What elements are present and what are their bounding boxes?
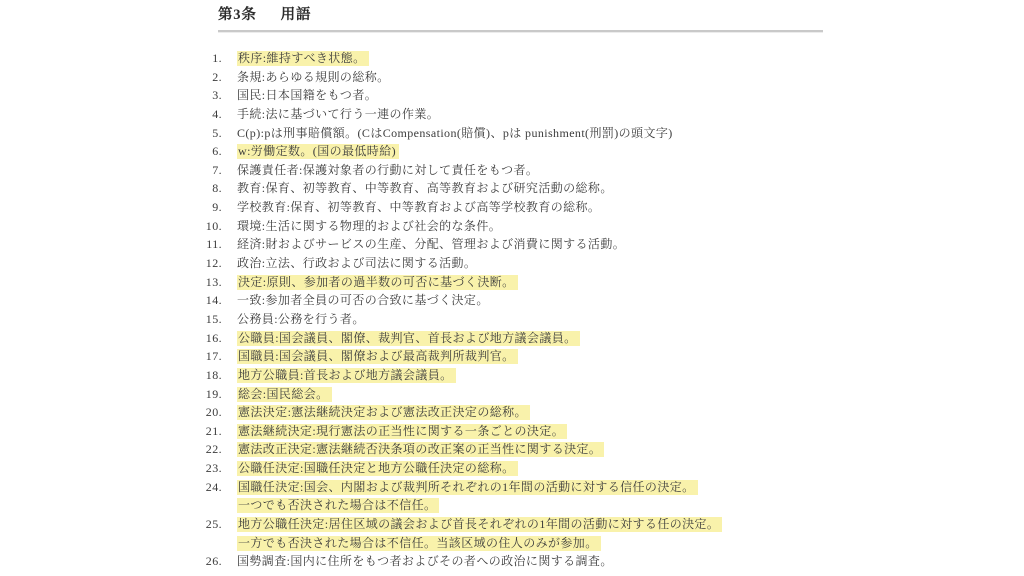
item-number: 6.	[150, 142, 222, 161]
item-number: 3.	[150, 86, 222, 105]
title-underline	[218, 30, 823, 33]
list-item: 18.地方公職員:首長および地方議会議員。	[0, 366, 1024, 385]
item-text: C(p):pは刑事賠償額。(CはCompensation(賠償)、pは puni…	[237, 126, 673, 141]
list-item: 一方でも否決された場合は不信任。当該区域の住人のみが参加。	[0, 534, 1024, 553]
list-item: 3.国民:日本国籍をもつ者。	[0, 86, 1024, 105]
list-item: 21.憲法継続決定:現行憲法の正当性に関する一条ごとの決定。	[0, 422, 1024, 441]
item-number: 9.	[150, 198, 222, 217]
item-number: 13.	[150, 273, 222, 292]
item-text-highlighted: 憲法決定:憲法継続決定および憲法改正決定の総称。	[237, 405, 530, 420]
list-item: 22.憲法改正決定:憲法継続否決条項の改正案の正当性に関する決定。	[0, 440, 1024, 459]
item-number: 17.	[150, 347, 222, 366]
list-item: 12.政治:立法、行政および司法に関する活動。	[0, 254, 1024, 273]
item-text-highlighted: 一つでも否決された場合は不信任。	[237, 498, 439, 513]
item-text: 一致:参加者全員の可否の合致に基づく決定。	[237, 293, 489, 308]
item-text-highlighted: 一方でも否決された場合は不信任。当該区域の住人のみが参加。	[237, 536, 601, 551]
item-text: 教育:保育、初等教育、中等教育、高等教育および研究活動の総称。	[237, 181, 613, 196]
item-number: 23.	[150, 459, 222, 478]
item-text-highlighted: 地方公職任決定:居住区域の議会および首長それぞれの1年間の活動に対する任の決定。	[237, 517, 722, 532]
item-text: 手続:法に基づいて行う一連の作業。	[237, 107, 439, 122]
item-text: 国民:日本国籍をもつ者。	[237, 88, 377, 103]
list-item: 23.公職任決定:国職任決定と地方公職任決定の総称。	[0, 459, 1024, 478]
list-item: 25.地方公職任決定:居住区域の議会および首長それぞれの1年間の活動に対する任の…	[0, 515, 1024, 534]
item-number: 5.	[150, 124, 222, 143]
item-number: 10.	[150, 217, 222, 236]
list-item: 16.公職員:国会議員、閣僚、裁判官、首長および地方議会議員。	[0, 329, 1024, 348]
item-number: 4.	[150, 105, 222, 124]
item-number: 12.	[150, 254, 222, 273]
item-number: 18.	[150, 366, 222, 385]
item-number: 25.	[150, 515, 222, 534]
definition-list: 1.秩序:維持すべき状態。2.条規:あらゆる規則の総称。3.国民:日本国籍をもつ…	[0, 49, 1024, 571]
list-item: 20.憲法決定:憲法継続決定および憲法改正決定の総称。	[0, 403, 1024, 422]
article-number: 第3条	[218, 7, 257, 23]
item-text: 環境:生活に関する物理的および社会的な条件。	[237, 219, 501, 234]
item-text-highlighted: 国職任決定:国会、内閣および裁判所それぞれの1年間の活動に対する信任の決定。	[237, 480, 698, 495]
item-text-highlighted: 憲法継続決定:現行憲法の正当性に関する一条ごとの決定。	[237, 424, 567, 439]
item-number: 2.	[150, 68, 222, 87]
item-number: 8.	[150, 179, 222, 198]
item-number: 11.	[150, 235, 222, 254]
item-text-highlighted: w:労働定数。(国の最低時給)	[237, 144, 399, 159]
list-item: 2.条規:あらゆる規則の総称。	[0, 68, 1024, 87]
item-text-highlighted: 国職員:国会議員、閣僚および最高裁判所裁判官。	[237, 349, 518, 364]
list-item: 1.秩序:維持すべき状態。	[0, 49, 1024, 68]
item-text: 公務員:公務を行う者。	[237, 312, 365, 327]
item-text-highlighted: 秩序:維持すべき状態。	[237, 51, 369, 66]
item-text-highlighted: 決定:原則、参加者の過半数の可否に基づく決断。	[237, 275, 518, 290]
list-item: 8.教育:保育、初等教育、中等教育、高等教育および研究活動の総称。	[0, 179, 1024, 198]
article-heading: 第3条用語	[218, 5, 311, 25]
item-text: 学校教育:保育、初等教育、中等教育および高等学校教育の総称。	[237, 200, 600, 215]
list-item: 6.w:労働定数。(国の最低時給)	[0, 142, 1024, 161]
list-item: 11.経済:財およびサービスの生産、分配、管理および消費に関する活動。	[0, 235, 1024, 254]
item-number: 15.	[150, 310, 222, 329]
item-text: 国勢調査:国内に住所をもつ者およびその者への政治に関する調査。	[237, 554, 613, 569]
list-item: 24.国職任決定:国会、内閣および裁判所それぞれの1年間の活動に対する信任の決定…	[0, 478, 1024, 497]
list-item: 14.一致:参加者全員の可否の合致に基づく決定。	[0, 291, 1024, 310]
list-item: 15.公務員:公務を行う者。	[0, 310, 1024, 329]
item-text-highlighted: 公職任決定:国職任決定と地方公職任決定の総称。	[237, 461, 518, 476]
item-number: 21.	[150, 422, 222, 441]
item-text-highlighted: 総会:国民総会。	[237, 387, 332, 402]
list-item: 9.学校教育:保育、初等教育、中等教育および高等学校教育の総称。	[0, 198, 1024, 217]
article-title: 用語	[281, 7, 312, 23]
list-item: 5.C(p):pは刑事賠償額。(CはCompensation(賠償)、pは pu…	[0, 124, 1024, 143]
item-text: 経済:財およびサービスの生産、分配、管理および消費に関する活動。	[237, 237, 625, 252]
list-item: 10.環境:生活に関する物理的および社会的な条件。	[0, 217, 1024, 236]
item-number: 20.	[150, 403, 222, 422]
item-number: 19.	[150, 385, 222, 404]
item-number: 16.	[150, 329, 222, 348]
item-number: 22.	[150, 440, 222, 459]
item-number: 14.	[150, 291, 222, 310]
list-item: 19.総会:国民総会。	[0, 385, 1024, 404]
list-item: 13.決定:原則、参加者の過半数の可否に基づく決断。	[0, 273, 1024, 292]
item-number: 1.	[150, 49, 222, 68]
list-item: 一つでも否決された場合は不信任。	[0, 496, 1024, 515]
list-item: 7.保護責任者:保護対象者の行動に対して責任をもつ者。	[0, 161, 1024, 180]
document-page: 第3条用語 1.秩序:維持すべき状態。2.条規:あらゆる規則の総称。3.国民:日…	[0, 0, 1024, 576]
list-item: 17.国職員:国会議員、閣僚および最高裁判所裁判官。	[0, 347, 1024, 366]
item-text-highlighted: 公職員:国会議員、閣僚、裁判官、首長および地方議会議員。	[237, 331, 580, 346]
item-text: 政治:立法、行政および司法に関する活動。	[237, 256, 476, 271]
list-item: 4.手続:法に基づいて行う一連の作業。	[0, 105, 1024, 124]
item-text: 条規:あらゆる規則の総称。	[237, 70, 390, 85]
item-text-highlighted: 憲法改正決定:憲法継続否決条項の改正案の正当性に関する決定。	[237, 442, 604, 457]
item-number: 24.	[150, 478, 222, 497]
item-number: 26.	[150, 552, 222, 571]
item-number: 7.	[150, 161, 222, 180]
item-text-highlighted: 地方公職員:首長および地方議会議員。	[237, 368, 456, 383]
list-item: 26.国勢調査:国内に住所をもつ者およびその者への政治に関する調査。	[0, 552, 1024, 571]
item-text: 保護責任者:保護対象者の行動に対して責任をもつ者。	[237, 163, 538, 178]
